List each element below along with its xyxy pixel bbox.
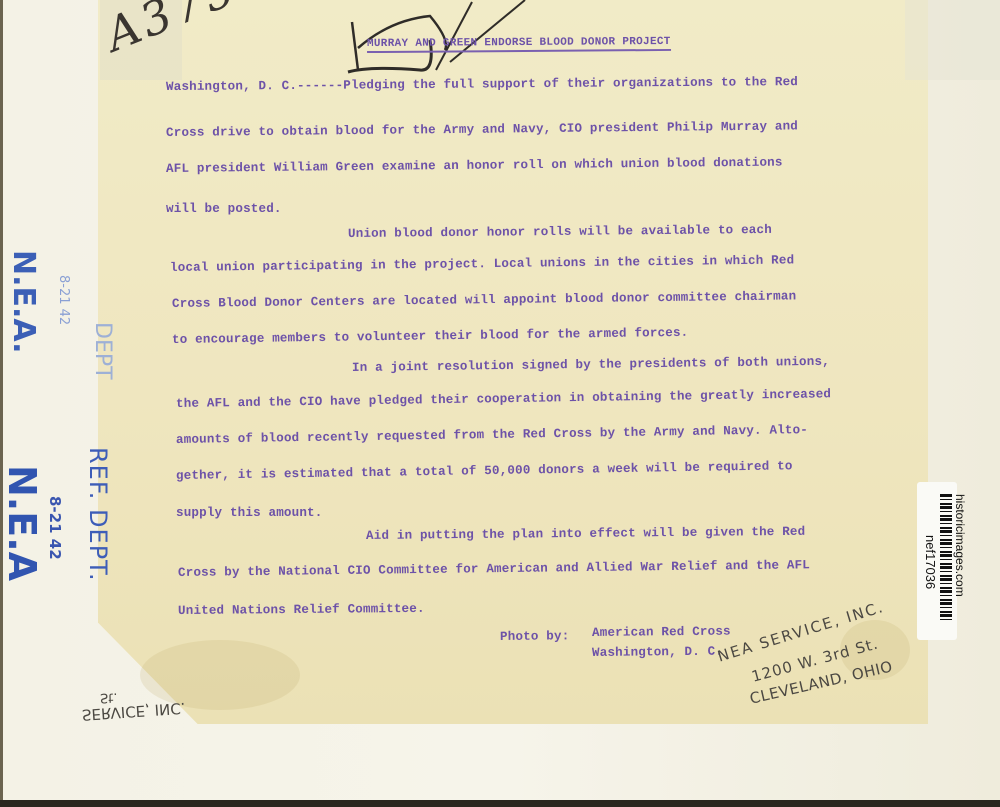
body-line: United Nations Relief Committee. [178,602,425,618]
body-line: supply this amount. [176,506,322,520]
scan-edge-left [0,0,3,807]
nea-stamp-mirrored-st: St. [100,689,118,705]
barcode-icon [940,494,952,622]
date-stamp: 8-21 42 [46,496,64,560]
ref-dept-stamp: REF. DEPT. [84,447,112,582]
nea-stamp-large-top: N.E.A. [6,250,41,354]
photo-credit-location: Washington, D. C. [592,645,723,660]
tape-top-right [905,0,1000,80]
body-line: will be posted. [166,202,282,216]
nea-stamp-large-bottom: N.E.A [0,465,44,581]
scanned-photo-back: A37508 MURRAY AND GREEN ENDORSE BLOOD DO… [0,0,1000,807]
scan-edge-bottom [0,800,1000,807]
ref-dept-stamp-faded: DEPT [90,322,115,380]
photo-credit-source: American Red Cross [592,625,731,640]
date-stamp-faded: 8-21 42 [56,275,71,325]
barcode-id: nef17036 [923,535,938,589]
barcode-url: historicimages.com [953,494,967,597]
headline: MURRAY AND GREEN ENDORSE BLOOD DONOR PRO… [367,36,671,53]
photo-credit-label: Photo by: [500,629,570,644]
